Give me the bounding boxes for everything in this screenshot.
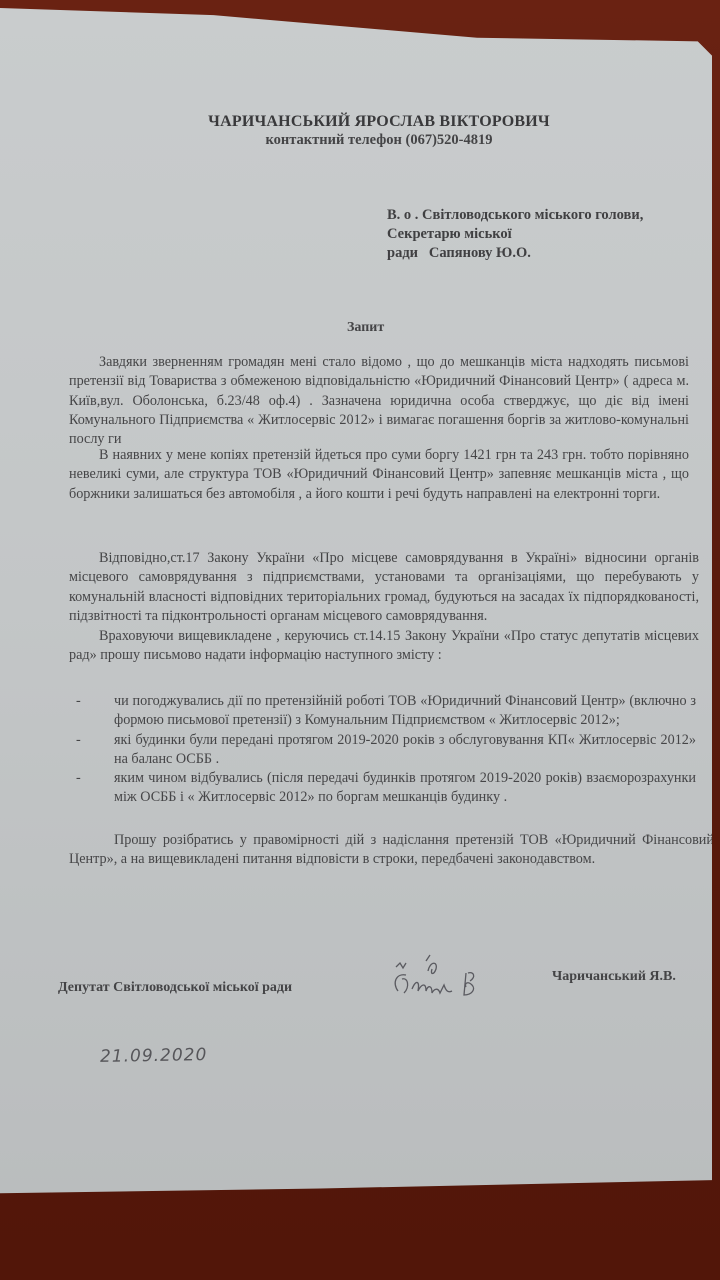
paragraph-request: Враховуючи вищевикладене , керуючись ст.… — [69, 627, 699, 666]
addressee-block: В. о . Світловодського міського голови, … — [387, 206, 643, 263]
paragraph-intro: Завдяки зверненням громадян мені стало в… — [69, 353, 689, 449]
signatory-name: Чаричанський Я.В. — [552, 969, 676, 985]
document-page: ЧАРИЧАНСЬКИЙ ЯРОСЛАВ ВІКТОРОВИЧ контактн… — [0, 8, 712, 1198]
bullet-dash: - — [76, 769, 81, 788]
document-title: Запит — [347, 320, 384, 336]
bullet-dash: - — [76, 731, 81, 750]
addressee-line: Секретарю міської — [387, 225, 643, 244]
bullet-dash: - — [76, 692, 81, 711]
signatory-position: Депутат Світловодської міської ради — [58, 980, 292, 996]
list-item-text: чи погоджувались дії по претензійній роб… — [114, 693, 696, 728]
paragraph-closing: Прошу розібратись у правомірності дій з … — [69, 831, 714, 870]
list-item: - яким чином відбувались (після передачі… — [76, 769, 696, 808]
list-item-text: які будинки були передані протягом 2019-… — [114, 732, 696, 767]
handwritten-signature-icon — [388, 953, 488, 1003]
author-name: ЧАРИЧАНСЬКИЙ ЯРОСЛАВ ВІКТОРОВИЧ — [0, 113, 720, 131]
author-phone: контактний телефон (067)520-4819 — [0, 132, 720, 149]
list-item-text: яким чином відбувались (після передачі б… — [114, 770, 696, 805]
list-item: - чи погоджувались дії по претензійній р… — [76, 692, 696, 731]
list-item: - які будинки були передані протягом 201… — [76, 731, 696, 770]
addressee-line: ради Сапянову Ю.О. — [387, 244, 643, 263]
addressee-line: В. о . Світловодського міського голови, — [387, 206, 643, 225]
request-list: - чи погоджувались дії по претензійній р… — [76, 692, 696, 808]
handwritten-date: 21.09.2020 — [100, 1045, 208, 1067]
paragraph-legal-basis: Відповідно,ст.17 Закону України «Про міс… — [69, 549, 699, 626]
paragraph-debt-amounts: В наявних у мене копіях претензій йдетьс… — [69, 446, 689, 504]
